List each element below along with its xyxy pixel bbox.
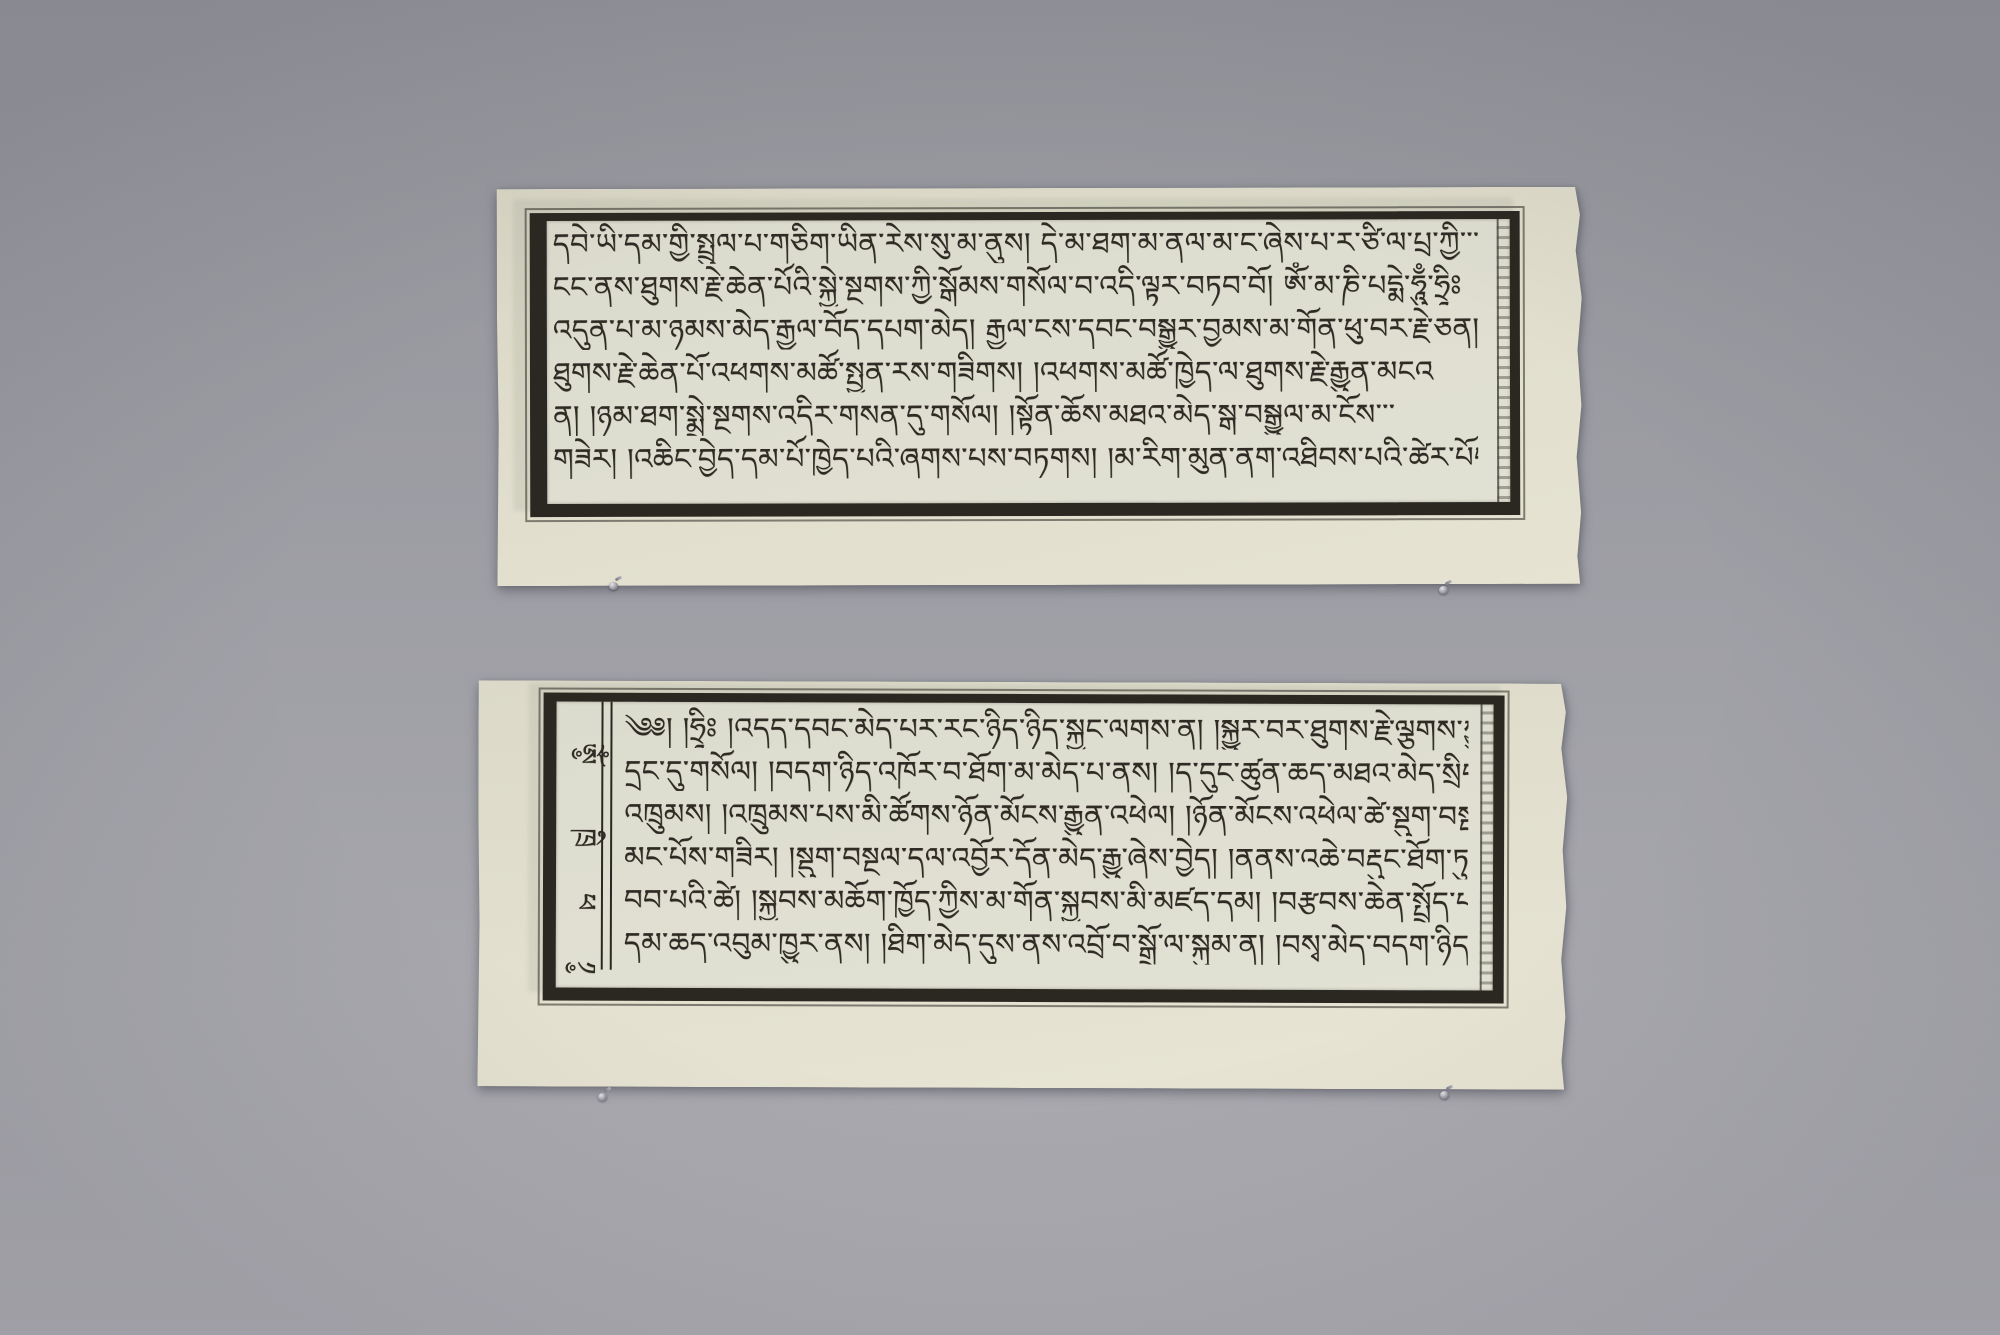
lower-text-block: ༄༅། །ཧྲཱིཿ །འདད་དབང་མེད་པར་རང་ཉིད་ཉིད་སྐ… — [624, 705, 1469, 970]
push-pin — [1440, 1089, 1450, 1099]
pin-head — [598, 1093, 607, 1101]
text-line: བབ་པའི་ཚེ། །སྐྱབས་མཆོག་ཁྱོད་ཀྱིས་མ་གོན་ས… — [624, 877, 1468, 923]
margin-divider — [601, 702, 613, 970]
text-line: ཐུགས་རྗེ་ཆེན་པོ་འཕགས་མཚོ་སྤྱན་རས་གཟིགས། … — [553, 348, 1478, 393]
pin-head — [1440, 1091, 1449, 1099]
photograph-background: དབེ་ཡི་དམ་གྱི་སྤྲུལ་པ་གཅིག་ཡིན་རེས་སུ་མ་… — [0, 0, 2000, 1335]
text-line: ངང་ནས་ཐུགས་རྗེ་ཆེན་པོའི་སྐྱེ་སྔགས་ཀྱི་སྒ… — [553, 262, 1478, 307]
lower-folio-shadow: ༀ༵ ཁྲི ཕ ༡༵ ༄༅། །ཧྲཱིཿ །འདད་དབང་མེད་པར་ར… — [478, 682, 1568, 1088]
push-pin — [598, 1091, 608, 1101]
upper-folio-shadow: དབེ་ཡི་དམ་གྱི་སྤྲུལ་པ་གཅིག་ཡིན་རེས་སུ་མ་… — [497, 188, 1583, 585]
text-line: འདུན་པ་མ་ཉམས་མེད་རྒྱལ་བོད་དཔག་མེད། རྒྱལ་… — [553, 305, 1478, 350]
upper-text-block: དབེ་ཡི་དམ་གྱི་སྤྲུལ་པ་གཅིག་ཡིན་རེས་སུ་མ་… — [553, 219, 1479, 483]
text-line: འཁྲུམས། །འཁྲུམས་པས་མི་ཚོགས་ཉོན་མོངས་རྒྱུ… — [624, 791, 1468, 837]
text-line: དབེ་ཡི་དམ་གྱི་སྤྲུལ་པ་གཅིག་ཡིན་རེས་སུ་མ་… — [553, 219, 1478, 264]
upper-folio: དབེ་ཡི་དམ་གྱི་སྤྲུལ་པ་གཅིག་ཡིན་རེས་སུ་མ་… — [497, 187, 1584, 586]
text-line: དྲང་དུ་གསོལ། །བདག་ཉིད་འཁོར་བ་ཐོག་མ་མེད་པ… — [624, 748, 1468, 794]
text-line: ན། །ཉམ་ཐག་སྨྲེ་སྔགས་འདིར་གསན་དུ་གསོལ། །ས… — [553, 391, 1478, 436]
frame-inner-rule — [1480, 704, 1494, 990]
lower-folio: ༀ༵ ཁྲི ཕ ༡༵ ༄༅། །ཧྲཱིཿ །འདད་དབང་མེད་པར་ར… — [477, 680, 1568, 1089]
text-line: དམ་ཆད་འབུམ་ཁྱུར་ནས། །ཐིག་མེད་དུས་ནས་འབྲོ… — [624, 920, 1468, 966]
frame-inner-rule — [1497, 219, 1511, 502]
push-pin — [609, 580, 619, 590]
push-pin — [1439, 584, 1449, 594]
margin-column: ༀ༵ ཁྲི ཕ ༡༵ — [556, 702, 613, 970]
pin-head — [1439, 586, 1448, 594]
text-line: མང་པོས་གཟིར། །སྡུག་བསྔལ་དལ་འབྱོར་དོན་མེད… — [624, 834, 1468, 880]
text-line: ༄༅། །ཧྲཱིཿ །འདད་དབང་མེད་པར་རང་ཉིད་ཉིད་སྐ… — [624, 705, 1468, 751]
text-line: གཟེར། །འཆིང་བྱེད་དམ་པོ་ཁྱེད་པའི་ཞགས་པས་བ… — [553, 434, 1478, 479]
pin-head — [609, 582, 618, 590]
